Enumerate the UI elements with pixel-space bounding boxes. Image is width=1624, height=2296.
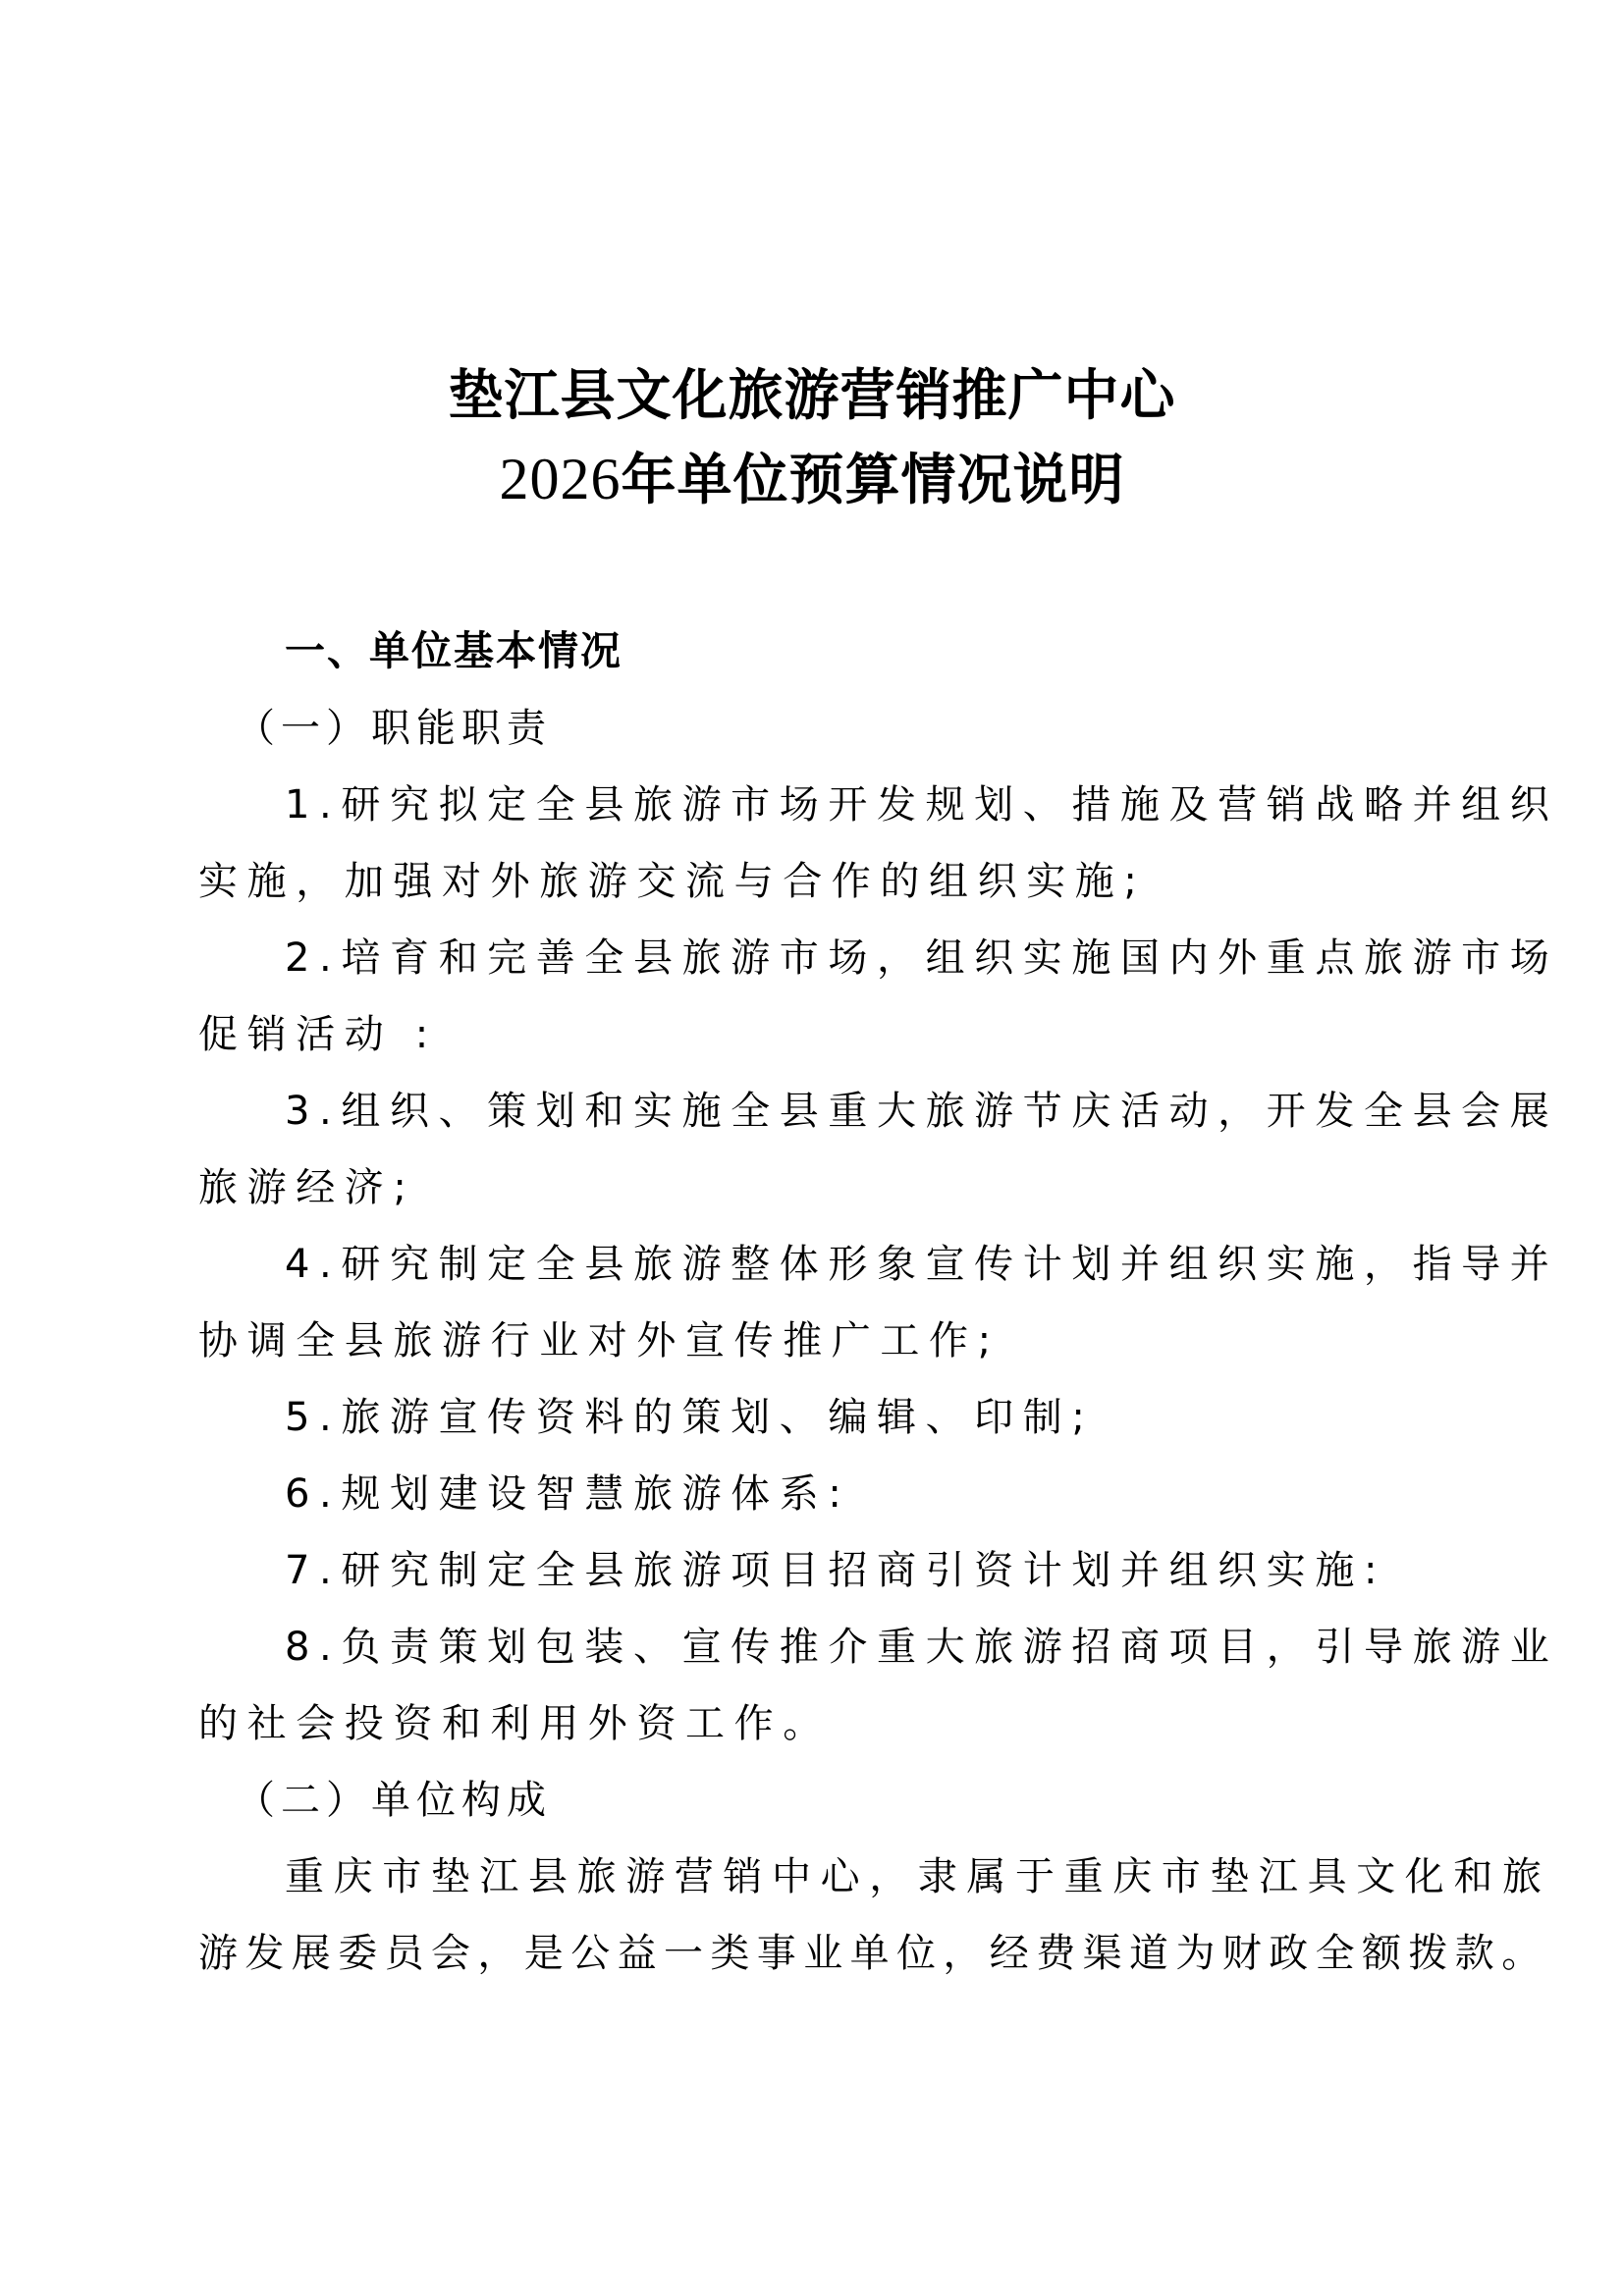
duty-item-4-line-1: 4.研究制定全县旅游整体形象宣传计划并组织实施，指导并 <box>285 1245 1558 1284</box>
composition-paragraph-line-2: 游发展委员会，是公益一类事业单位，经费渠道为财政全额拨款。 <box>198 1934 1548 1973</box>
composition-paragraph-line-1: 重庆市垫江县旅游营销中心，隶属于重庆市垫江具文化和旅 <box>285 1857 1551 1896</box>
duty-item-8-line-1: 8.负责策划包装、宣传推介重大旅游招商项目，引导旅游业 <box>285 1628 1558 1667</box>
duty-item-7: 7.研究制定全县旅游项目招商引资计划并组织实施: <box>285 1551 1386 1590</box>
title-year: 2026 <box>500 447 622 511</box>
duty-item-3-line-1: 3.组织、策划和实施全县重大旅游节庆活动，开发全县会展 <box>285 1092 1558 1131</box>
duty-item-2-line-2: 促销活动 : <box>198 1015 438 1054</box>
section-heading-basic-info: 一、单位基本情况 <box>285 631 623 671</box>
duty-item-8-line-2: 的社会投资和利用外资工作。 <box>198 1704 832 1743</box>
document-title-line-1: 垫江县文化旅游营销推广中心 <box>0 368 1624 423</box>
duty-item-4-line-2: 协调全县旅游行业对外宣传推广工作; <box>198 1321 1001 1361</box>
duty-item-1-line-2: 实施，加强对外旅游交流与合作的组织实施; <box>198 862 1146 901</box>
subsection-heading-composition: （二）单位构成 <box>236 1781 552 1820</box>
duty-item-5: 5.旅游宣传资料的策划、编辑、印制; <box>285 1398 1094 1437</box>
duty-item-3-line-2: 旅游经济; <box>198 1168 415 1207</box>
document-page: 垫江县文化旅游营销推广中心 2026年单位预算情况说明 一、单位基本情况 （一）… <box>0 0 1624 2296</box>
title-suffix: 年单位预算情况说明 <box>622 448 1125 512</box>
subsection-heading-duties: （一）职能职责 <box>236 709 552 748</box>
document-title-line-2: 2026年单位预算情况说明 <box>0 450 1624 508</box>
duty-item-6: 6.规划建设智慧旅游体系: <box>285 1474 850 1514</box>
duty-item-1-line-1: 1.研究拟定全县旅游市场开发规划、措施及营销战略并组织 <box>285 785 1558 825</box>
duty-item-2-line-1: 2.培育和完善全县旅游市场，组织实施国内外重点旅游市场 <box>285 938 1558 978</box>
